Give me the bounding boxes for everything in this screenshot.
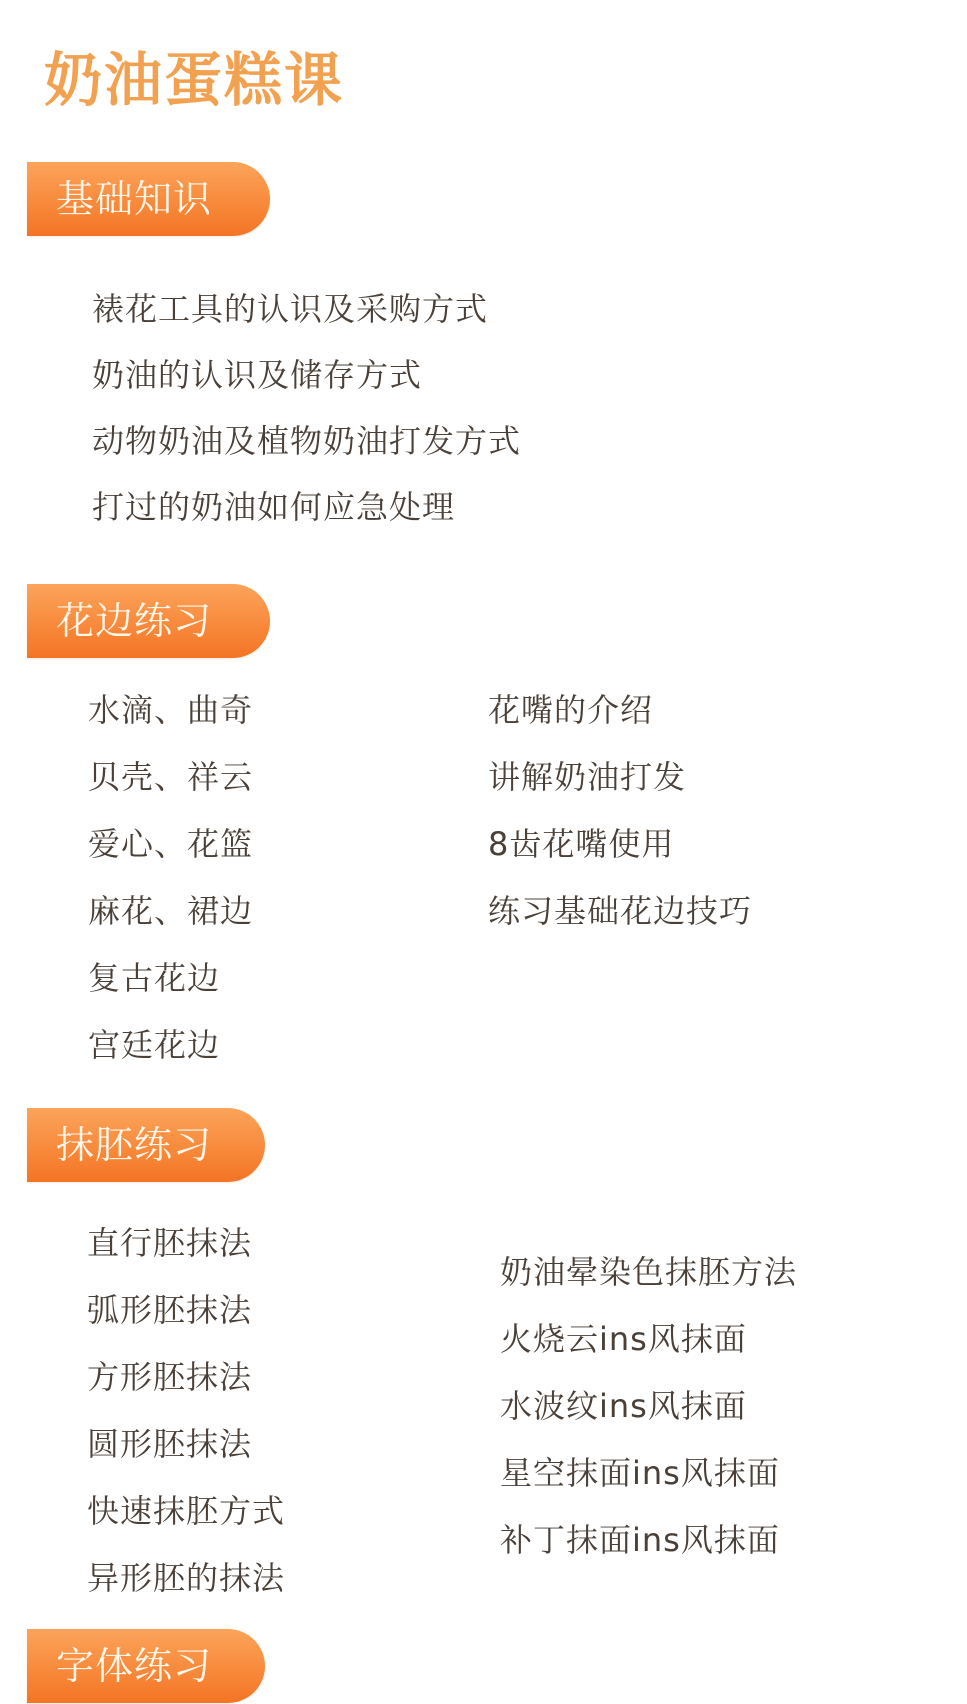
list-item: 爱心、花篮 — [88, 824, 253, 864]
list-item: 火烧云ins风抹面 — [500, 1319, 747, 1359]
section-header-lettering-practice: 字体练习 — [27, 1629, 265, 1703]
list-item: 宫廷花边 — [88, 1025, 220, 1065]
list-item: 裱花工具的认识及采购方式 — [92, 289, 488, 329]
list-item: 练习基础花边技巧 — [488, 891, 752, 931]
list-item: 贝壳、祥云 — [88, 757, 253, 797]
list-item: 补丁抹面ins风抹面 — [500, 1520, 780, 1560]
list-item: 动物奶油及植物奶油打发方式 — [92, 421, 521, 461]
page-title: 奶油蛋糕课 — [44, 44, 344, 116]
list-item: 奶油的认识及储存方式 — [92, 355, 422, 395]
list-item: 麻花、裙边 — [88, 891, 253, 931]
list-item: 星空抹面ins风抹面 — [500, 1453, 780, 1493]
list-item: 8齿花嘴使用 — [488, 824, 674, 864]
list-item: 讲解奶油打发 — [488, 757, 686, 797]
list-item: 弧形胚抹法 — [87, 1290, 252, 1330]
list-item: 打过的奶油如何应急处理 — [92, 487, 455, 527]
list-item: 水波纹ins风抹面 — [500, 1386, 747, 1426]
section-header-frosting-practice: 抹胚练习 — [27, 1108, 265, 1182]
section-header-basics: 基础知识 — [27, 162, 270, 236]
section-header-border-practice: 花边练习 — [27, 584, 270, 658]
list-item: 快速抹胚方式 — [87, 1491, 285, 1531]
list-item: 直行胚抹法 — [87, 1223, 252, 1263]
list-item: 水滴、曲奇 — [88, 690, 253, 730]
list-item: 奶油晕染色抹胚方法 — [500, 1252, 797, 1292]
list-item: 复古花边 — [88, 958, 220, 998]
list-item: 圆形胚抹法 — [87, 1424, 252, 1464]
list-item: 方形胚抹法 — [87, 1357, 252, 1397]
list-item: 花嘴的介绍 — [488, 690, 653, 730]
list-item: 异形胚的抹法 — [87, 1558, 285, 1598]
